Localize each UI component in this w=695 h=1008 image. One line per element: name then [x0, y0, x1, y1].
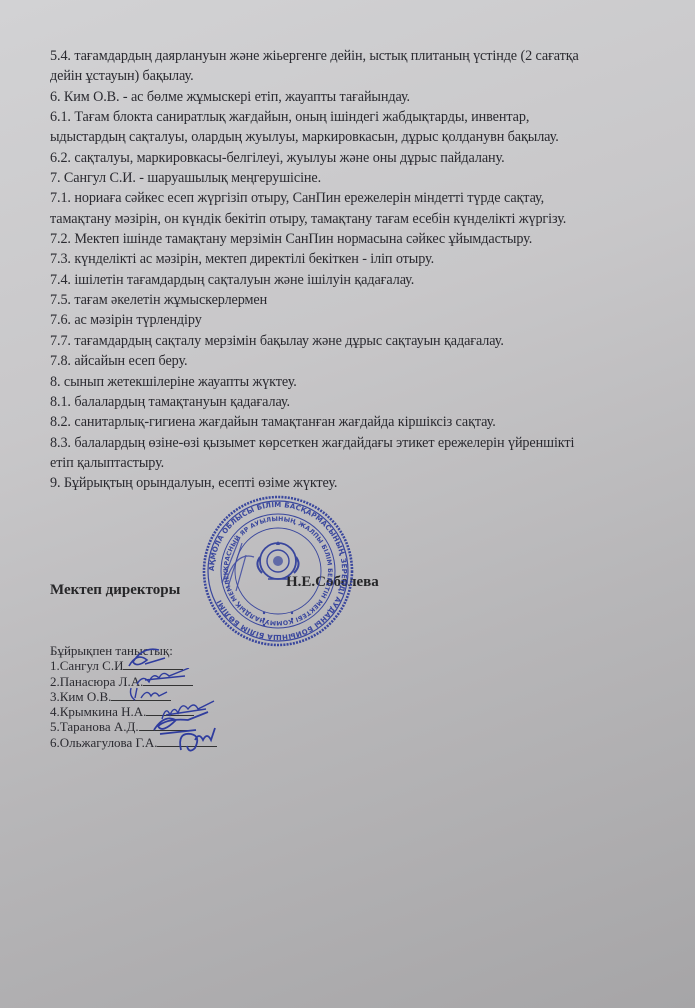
text-line-7-3: 7.3. күнделікті ас мәзірін, мектеп дирек…	[50, 249, 690, 269]
document-page: 5.4. тағамдардың даярлануын және жіьерге…	[0, 0, 695, 1008]
text-line-5-4: 5.4. тағамдардың даярлануын және жіьерге…	[50, 46, 690, 66]
text-line-7-6: 7.6. ас мәзірін түрлендіру	[50, 310, 690, 330]
signature-sangul-icon	[125, 648, 170, 670]
ack-person-name: Таранова А.Д.	[60, 719, 139, 734]
order-body-text: 5.4. тағамдардың даярлануын және жіьерге…	[50, 46, 690, 494]
text-line-6-1-cont: ыдыстардың сақталуы, олардың жуылуы, мар…	[50, 127, 690, 147]
text-line-6-1: 6.1. Тағам блокта саниратлық жағдайын, о…	[50, 107, 690, 127]
text-line-8-3: 8.3. балалардың өзіне-өзі қызымет көрсет…	[50, 433, 690, 453]
text-line-9: 9. Бұйрықтың орындалуын, есепті өзіме жү…	[50, 473, 690, 493]
text-line-5-4-cont: дейін ұстауын) бақылау.	[50, 66, 690, 86]
state-emblem-icon	[257, 541, 298, 579]
text-line-7-8: 7.8. айсайын есеп беру.	[50, 351, 690, 371]
text-line-8-3-cont: етіп қалыптастыру.	[50, 453, 690, 473]
text-line-7-4: 7.4. ішілетін тағамдардың сақталуын және…	[50, 270, 690, 290]
text-line-7: 7. Сангул С.И. - шаруашылық меңгерушісін…	[50, 168, 690, 188]
text-line-7-2: 7.2. Мектеп ішінде тамақтану мерзімін Са…	[50, 229, 690, 249]
text-line-8-1: 8.1. балалардың тамақтануын қадағалау.	[50, 392, 690, 412]
official-stamp-icon: АҚМОЛА ОБЛЫСЫ БІЛІМ БАСҚАРМАСЫНЫҢ ЗЕРЕНД…	[202, 495, 354, 647]
text-line-6: 6. Ким О.В. - ас бөлме жұмыскері етіп, ж…	[50, 87, 690, 107]
text-line-8: 8. сынып жетекшілеріне жауапты жүктеу.	[50, 372, 690, 392]
text-line-8-2: 8.2. санитарлық-гигиена жағдайын тамақта…	[50, 412, 690, 432]
signature-olzhagulova-icon	[175, 726, 225, 754]
director-title: Мектеп директоры	[50, 582, 180, 599]
text-line-6-2: 6.2. сақталуы, маркировкасы-белгілеуі, ж…	[50, 148, 690, 168]
ack-person-name: Сангул С.И	[60, 658, 124, 673]
text-line-7-7: 7.7. тағамдардың сақталу мерзімін бақыла…	[50, 331, 690, 351]
text-line-7-1: 7.1. нориаға сәйкес есеп жүргізіп отыру,…	[50, 188, 690, 208]
text-line-7-5: 7.5. тағам әкелетін жұмыскерлермен	[50, 290, 690, 310]
text-line-7-1-cont: тамақтану мәзірін, он күндік бекітіп оты…	[50, 209, 690, 229]
ack-person-name: Крымкина Н.А.	[60, 704, 147, 719]
ack-person-name: Ольжагулова Г.А.	[60, 735, 158, 750]
ack-person-name: Ким О.В.	[60, 689, 112, 704]
